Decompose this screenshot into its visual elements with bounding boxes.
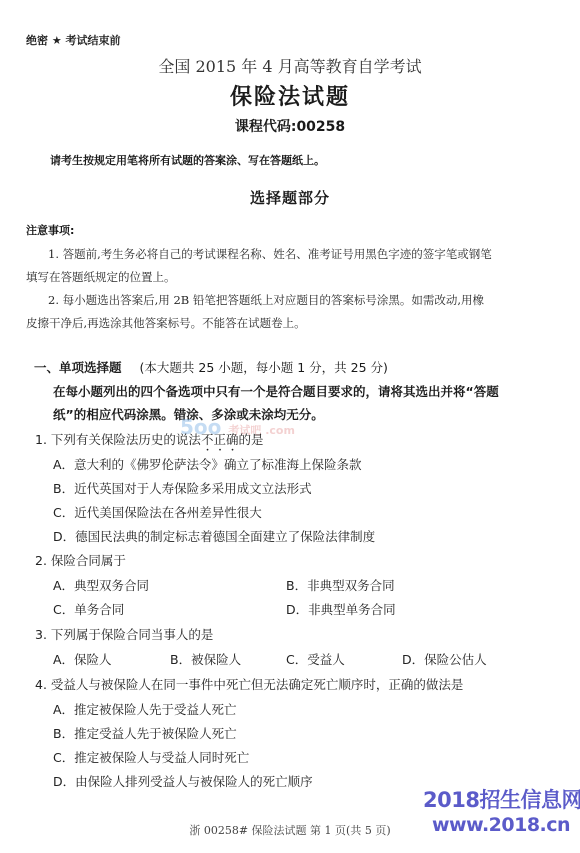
- note-line: 2. 每小题选出答案后,用 2B 铅笔把答题纸上对应题目的答案标号涂黑。如需改动…: [48, 292, 484, 308]
- page-title: 保险法试题: [0, 80, 580, 111]
- section1-heading: 一、单项选择题(本大题共 25 小题，每小题 1 分，共 25 分): [34, 358, 388, 376]
- section1-desc: 在每小题列出的四个备选项中只有一个是符合题目要求的，请将其选出并将“答题: [53, 382, 499, 400]
- question-1-option-c: C．近代美国保险法在各州差异性很大: [53, 503, 262, 521]
- question-1: 1. 下列有关保险法历史的说法不正确的是: [35, 430, 263, 454]
- notes-heading: 注意事项:: [26, 222, 74, 238]
- note-line: 1. 答题前,考生务必将自己的考试课程名称、姓名、准考证号用黑色字迹的签字笔或钢…: [48, 246, 492, 262]
- question-1-option-b: B．近代英国对于人寿保险多采用成文立法形式: [53, 479, 312, 497]
- question-4-option-c: C．推定被保险人与受益人同时死亡: [53, 748, 249, 766]
- answer-instruction: 请考生按规定用笔将所有试题的答案涂、写在答题纸上。: [50, 152, 325, 168]
- question-4-option-d: D．由保险人排列受益人与被保险人的死亡顺序: [53, 772, 313, 790]
- note-line: 皮擦干净后,再选涂其他答案标号。不能答在试题卷上。: [26, 315, 306, 331]
- question-2-option-c: C．单务合同: [53, 600, 124, 618]
- course-code: 课程代码:00258: [0, 116, 580, 136]
- question-3-option-d: D．保险公估人: [402, 650, 487, 668]
- question-1-option-a: A．意大利的《佛罗伦萨法令》确立了标准海上保险条款: [53, 455, 362, 473]
- section1-title: 一、单项选择题: [34, 360, 122, 375]
- exam-name: 全国 2015 年 4 月高等教育自学考试: [0, 54, 580, 77]
- question-1-option-d: D．德国民法典的制定标志着德国全面建立了保险法律制度: [53, 527, 375, 545]
- question-2-option-d: D．非典型单务合同: [286, 600, 396, 618]
- question-2-option-a: A．典型双务合同: [53, 576, 149, 594]
- site-logo-title: 2018招生信息网: [423, 784, 580, 814]
- question-3-option-b: B．被保险人: [170, 650, 241, 668]
- section-title: 选择题部分: [0, 187, 580, 208]
- confidential-label: 绝密 ★ 考试结束前: [26, 32, 121, 48]
- question-3-option-c: C．受益人: [286, 650, 345, 668]
- note-line: 填写在答题纸规定的位置上。: [26, 269, 176, 285]
- question-2: 2. 保险合同属于: [35, 551, 126, 569]
- site-logo-url: www.2018.cn: [432, 814, 570, 836]
- question-3-option-a: A．保险人: [53, 650, 112, 668]
- question-4-option-b: B．推定受益人先于被保险人死亡: [53, 724, 237, 742]
- question-2-option-b: B．非典型双务合同: [286, 576, 395, 594]
- section1-scoring: (本大题共 25 小题，每小题 1 分，共 25 分): [140, 360, 388, 375]
- question-3: 3. 下列属于保险合同当事人的是: [35, 625, 213, 643]
- emphasis-text: 不正确: [201, 432, 239, 447]
- question-4-option-a: A．推定被保险人先于受益人死亡: [53, 700, 237, 718]
- question-4: 4. 受益人与被保险人在同一事件中死亡但无法确定死亡顺序时，正确的做法是: [35, 675, 463, 693]
